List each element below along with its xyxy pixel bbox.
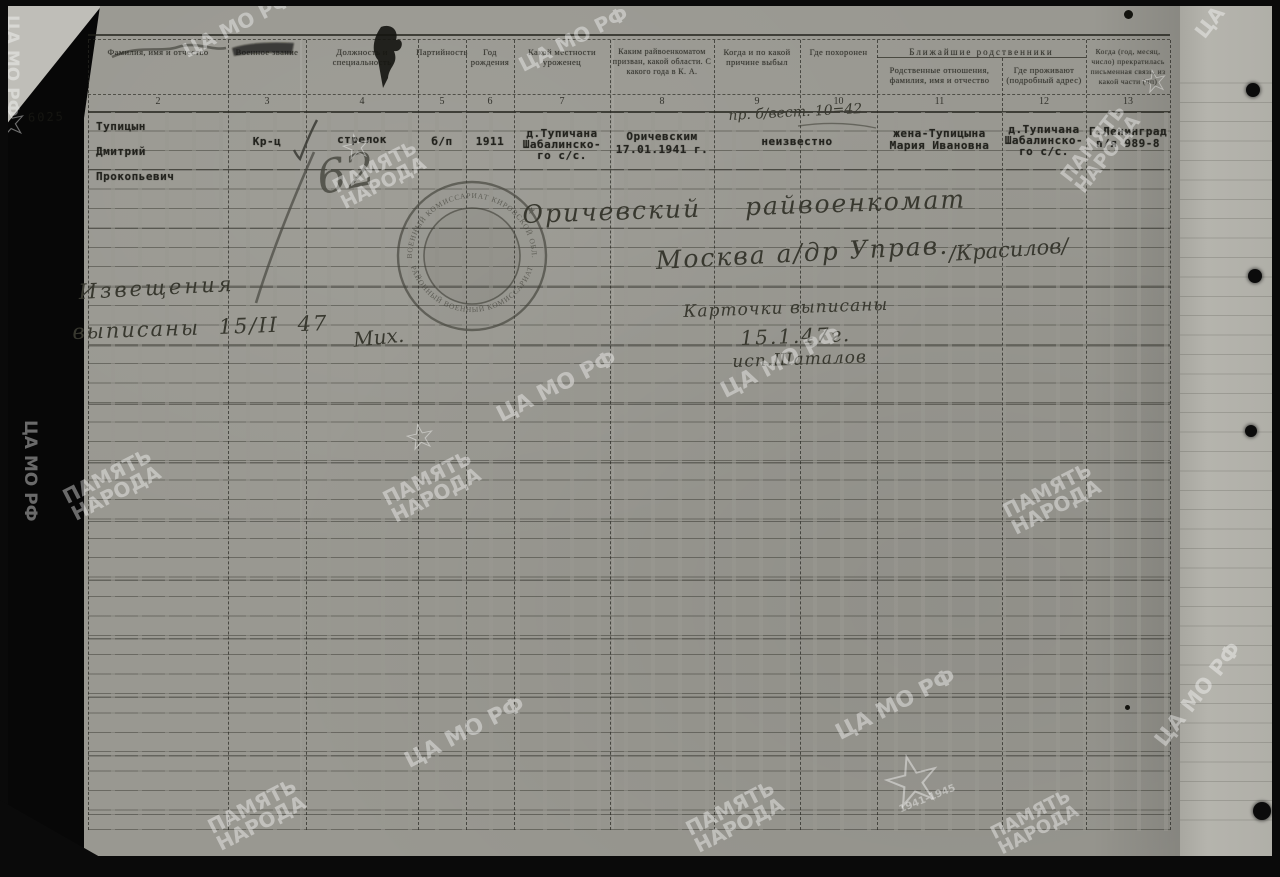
- column-number-3: 3: [228, 96, 306, 107]
- scanned-record-card: 6025 Ближайшие родственники Фамилия, имя…: [0, 0, 1280, 877]
- column-number-6: 6: [466, 96, 514, 107]
- column-header-11: Родственные отношения, фамилия, имя и от…: [879, 60, 1000, 93]
- row-cell-col11: жена-ТупицынаМария Ивановна: [877, 128, 1002, 152]
- column-header-10: Где похоронен: [802, 42, 875, 93]
- row-cell-col3: Кр-ц: [228, 136, 306, 148]
- column-number-4: 4: [306, 96, 418, 107]
- punch-hole: [1245, 425, 1257, 437]
- column-divider: [800, 40, 801, 830]
- cell-line: Дмитрий Прокопьевич: [96, 145, 174, 183]
- punch-hole: [1246, 83, 1260, 97]
- cell-line: Мария Ивановна: [890, 139, 990, 152]
- ink-speck: [1124, 10, 1133, 19]
- column-number-11: 11: [877, 96, 1002, 107]
- column-divider: [1002, 58, 1003, 830]
- column-number-12: 12: [1002, 96, 1086, 107]
- scan-edge-left: [0, 0, 8, 877]
- column-header-5: Партийность: [420, 42, 464, 93]
- column-divider: [306, 40, 307, 830]
- cell-line: 1911: [476, 135, 505, 148]
- column-header-4: Должность и специальность: [308, 42, 416, 93]
- row-cell-col10: неизвестно: [742, 136, 852, 148]
- punch-hole: [1253, 802, 1271, 820]
- number-row-top-line: [88, 94, 1170, 95]
- scan-edge-right: [1272, 0, 1280, 877]
- ink-speck: [1125, 705, 1130, 710]
- cell-line: го с/с.: [1019, 145, 1069, 158]
- column-header-9: Когда и по какой причине выбыл: [716, 42, 798, 93]
- cell-line: неизвестно: [761, 135, 832, 148]
- column-divider: [88, 40, 89, 830]
- cell-line: Оричевским: [626, 130, 697, 143]
- scan-edge-bottom: [0, 856, 1280, 877]
- column-header-6: Год рождения: [468, 42, 512, 93]
- column-header-12: Где проживают (подробный адрес): [1004, 60, 1084, 93]
- column-divider: [466, 40, 467, 830]
- row-cell-col2: ТупицынДмитрий Прокопьевич: [96, 114, 230, 189]
- column-header-3: Военное звание: [230, 42, 304, 93]
- table-top-border: [88, 34, 1170, 36]
- archive-watermark: ЦА МО РФ: [22, 420, 38, 521]
- column-number-5: 5: [418, 96, 466, 107]
- row-cell-col5: б/п: [418, 136, 466, 148]
- cell-line: Кр-ц: [253, 135, 282, 148]
- row-cell-col6: 1911: [466, 136, 514, 148]
- cell-line: б/п: [431, 135, 452, 148]
- column-number-7: 7: [514, 96, 610, 107]
- punch-hole: [1248, 269, 1262, 283]
- table-top-border-inner: [88, 39, 1170, 40]
- cell-line: го с/с.: [537, 149, 587, 162]
- column-divider: [714, 40, 715, 830]
- column-header-8: Каким райвоенкоматом призван, какой обла…: [612, 42, 712, 93]
- row-cell-col7: д.ТупичанаШабалинско-го с/с.: [514, 128, 610, 161]
- cell-line: 17.01.1941 г.: [616, 143, 709, 156]
- column-number-8: 8: [610, 96, 714, 107]
- cell-line: Тупицын: [96, 120, 146, 133]
- column-divider: [610, 40, 611, 830]
- scan-edge-top: [0, 0, 1280, 6]
- group-header-relatives: Ближайшие родственники: [877, 42, 1086, 58]
- row-cell-col8: Оричевским17.01.1941 г.: [610, 130, 714, 156]
- column-number-2: 2: [88, 96, 228, 107]
